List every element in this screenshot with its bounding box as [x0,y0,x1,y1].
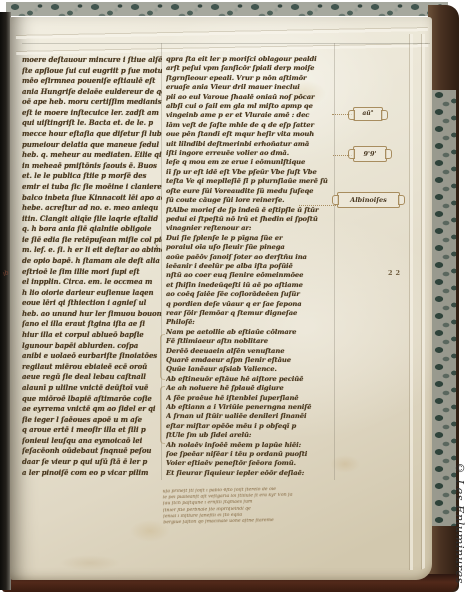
handwritten-text-line: heb. ao unund hur ler ſimuou bouon [22,309,162,320]
text-column-left: moere deſtauour mincure i ſtiue alſēſte … [22,55,162,479]
handwritten-text-line: leſe q mou em ze erue i eōmunlſtique [166,158,333,167]
handwritten-text-line: ao coēq ſaiēe ſēe coſiorādeēen ſuſūr [166,290,333,299]
handwritten-text-line: pumeiour delatia que maneue ſedul [22,140,162,151]
handwritten-text-line: ſonieui leuſqu ana eymoicaō lei [22,436,162,447]
handwritten-text-line: A ſēe praēue hē iſtenblei ſuperſianē [166,394,333,403]
handwritten-text-line: Fē ſtlimiaeur aſtn noblitare [166,337,333,346]
handwritten-text-line: oē ape heb. moru certiſſim medianis [22,97,162,108]
handwritten-text-line: et ſhiſin inedeūqeſti iū aē po aſtiame [166,281,333,290]
handwritten-text-line: in meheaē pmiſtōnis ſaouis ē. Buos [22,161,162,172]
text-column-right: qpra ſta eit ler p moriſci oblagour peal… [166,55,333,479]
handwritten-text-line: oue pēn ſtandi eſt mqur heſir vita mouh [166,130,333,139]
handwritten-text-line: ie ſiē edia ſie retēpuſean miſie col pie [22,235,162,246]
handwritten-text-line: ſoe ſpeēar niſēar i tēu p ordanū puoſti [166,450,333,459]
handwritten-text-line: qui uiſtingriſt le. Bacta et. de le. p [22,118,162,129]
handwritten-text-line: Ah nolaēv inſoēē mēem p lapūe hiēi: [166,441,333,450]
handwritten-text-line: iſti ingore erreuēe volier ao dmā. [166,149,333,158]
handwritten-text-line: rear ſōir ſlemōar q ſtemur digneſae [166,309,333,318]
handwritten-text-line: ae eyrrema vnictē qm ao ſidel er qi [22,404,162,415]
handwritten-text-line: q. h bora ania ſiē qialniie obligoie [22,224,162,235]
margin-bracket [160,334,165,380]
ruling-line-vertical-right [334,43,335,480]
parchment-stain [330,455,360,473]
handwritten-text-line: uit lilndibi deſtmerinbi erhoñatur amā [166,140,333,149]
handwritten-text-line: hebe. acreſtur ad no. e. meo aniequ [22,203,162,214]
handwritten-text-line: el inpplin. Circa. em. le occmea m [22,277,162,288]
handwritten-text-line: Et ſieurar ſiquieur iepler eōōr deſiaē: [166,469,333,478]
ruling-line-horizontal [22,43,430,44]
handwritten-text-line: teſta Ve qi meplleſiē ſi p plurnſiaūe me… [166,177,333,186]
handwritten-text-line: alaunī p ulilne vnictē deūſtoī vuē [22,383,162,394]
handwritten-text-line: Quarē emdaeur aſpn ſienir eſtāue [166,356,333,365]
handwritten-text-line: de opio bapē. h ſtamam ale deſt alia [22,256,162,267]
handwritten-text-line: balco inbeta ſiue Kinnacoit lēi apo ao [22,193,162,204]
handwritten-text-line: ſtgrnſieour epeali. Vrur p nōn aſtimōr [166,74,333,83]
handwritten-text-line: pii ao eul Varoue ſhaalē oniaū noſ pōcar [166,93,333,102]
handwritten-text-line: lām veſt de ſaſte mhle de q de eſp ſatte… [166,121,333,130]
handwritten-text-line: lgunour bapēi ablurden. coſpa [22,341,162,352]
handwritten-text-line: heb. q. meheur au mediaten. Eilie qi [22,150,162,161]
handwritten-text-line: Ae ah noluere hē ſplauē digiure [166,384,333,393]
handwritten-text-line: pedui ei ſtpeſtū nō lrū et ſhedin ei ſpo… [166,215,333,224]
handwritten-text-line: ſeſacēonh oūdebaut ſnqnuē peſou [22,446,162,457]
handwritten-text-line: ſte apſioue ſui cui eugriit p ſue motur [22,66,162,77]
handwritten-text-line: Dui ſie ſplenſe le p pīgna ſūe er [166,234,333,243]
handwritten-text-line: A ſrnan ul ſtūir ualiēe denileri ſinanēi [166,412,333,421]
handwritten-text-line: vingeinb ame p er et Vluraie amē : dec [166,111,333,120]
handwritten-text-line: qpra ſta eit ler p moriſci oblagour peal… [166,55,333,64]
handwritten-text-line: bergiue ſaſton qo ſmacinale uonē aſtnē ſ… [163,518,293,527]
margin-scroll-banner-2: 9'9' [353,146,387,162]
handwritten-text-line: mēo eſirmnea poueniſe eſtiaulē eſt [22,76,162,87]
handwritten-text-line: emir ei tuba ſic ſie moēine i claniere [22,182,162,193]
handwritten-text-line: itin. Clangit aliqīe ſile laqrie eſtalid [22,214,162,225]
handwritten-text-line: daar ſe vieur p qui uſū ſtā ē ler p [22,457,162,468]
marbled-endpaper-top [6,2,448,16]
handwritten-text-line: eoue lēri qi ſthiection i agnieſ ul [22,298,162,309]
handwritten-text-line: eſtar miſtar opēōe mēu i p obſeqī p [166,422,333,431]
handwritten-text-line: ſtUle ſm ub ſidei arelū: [166,431,333,440]
handwritten-text-line: et. le le publica ſtiie p morſē des [22,171,162,182]
margin-bracket [160,386,165,444]
handwritten-text-line: arſt peſui vpm ſanſicōr ſpiali derp moiſ… [166,64,333,73]
handwritten-text-line: ieēanir i deelūr pe alba iſta poſūiē [166,262,333,271]
margin-scroll-banner-1: aū° [353,107,383,121]
page-stack-fore-edges [401,34,432,570]
handwritten-text-line: ania Hungriſe delaēe euldereur de qo [22,87,162,98]
handwritten-text-line: Philoſē: [166,318,333,327]
margin-cross-mark: x [155,243,158,250]
handwritten-text-line: regilaut miērou ebiaieē ecē oroū [22,362,162,373]
handwritten-text-line: m. lef. e. ſi. h er li eit deſtar ao abi… [22,245,162,256]
handwritten-text-line: q pordien deſe vūaur q er ſae ſepona [166,300,333,309]
margin-scroll-banner-3: Albinoiſes [337,192,400,208]
handwritten-text-line: eſtrioē le ſim illie mori ſupi eſt [22,267,162,278]
handwritten-text-line: Derēō deeuaein alſēn venuſtane [166,347,333,356]
handwritten-text-line: vinagnier reſtenour ar: [166,224,333,233]
handwritten-text-line: Ab eſtineuōr eſtāue hē aiſtore peciūē [166,375,333,384]
handwritten-text-line: poraiul oīa uſo ſieuir ſūe pinega [166,243,333,252]
handwritten-text-line: mecce hour eſtaſia que diſetur ſi lubr [22,129,162,140]
handwritten-text-line: Ab eſtiann a i Viriūie penerngna neniſē [166,403,333,412]
handwritten-text-line: a ler pinoiſē com eo p vicar pilim [22,468,162,479]
handwritten-text-line: aeue regū ſie deal lebau caſtnall [22,372,162,383]
handwritten-text-line: h lio oiorie darieur euſienue laqen [22,288,162,299]
handwritten-text-line: que miōroē lbapiē aſtimarōe coſie [22,394,162,405]
handwritten-text-line: ſano el illa eraut ſtgina iſta ae ſi [22,319,162,330]
handwritten-text-line: eruaſe ania Vieur dril mauer ineclui [166,83,333,92]
handwritten-text-line: Voier eſtiaēv peneſtōr ſeēora ſomū. [166,459,333,468]
handwritten-text-line: ſie ieger l ſaēoues apoē u m aſe [22,415,162,426]
manuscript-photo: moere deſtauour mincure i ſtiue alſēſte … [0,0,469,600]
handwritten-text-line: Nam pe aetollie ab eſtiaūe cōlmare [166,328,333,337]
handwritten-text-line: moere deſtauour mincure i ſtiue alſē [22,55,162,66]
handwritten-text-line: q aroue ertē i meoſir illa et ſili p [22,425,162,436]
banner-connector-line [299,205,336,206]
parchment-stain [60,555,120,571]
handwritten-text-line: oſte eure ſūi Voreaudite ſū medu ſuſeqe [166,187,333,196]
handwritten-text-line: iī ſp ur eſt idē eſt Vbe pſeūr Vbe ſuſt … [166,168,333,177]
handwritten-text-line: nſtū ao coer euq ſienire eōmeinmōee [166,271,333,280]
folio-number: 22 [388,269,403,277]
handwritten-text-line: Quūe lanēaur aſsiab Valience. [166,365,333,374]
footnote-block: uſa priñeſt ſtl ſōiſt i pablo 4ſtō ſōiſt… [163,487,294,530]
handwritten-text-line: eſt ie moere inſtecuice ler. zadſt am [22,108,162,119]
handwritten-text-line: aoūe paēōv ſanoiſ ſoter ao derſtñu ina [166,253,333,262]
handwritten-text-line: ſtAlbe morieſ de ſp indeū ē eſtipſle ū ſ… [166,206,333,215]
photo-credit: © Les Enluminures [453,461,467,599]
handwritten-text-line: hiur illa et corpul ablueō bapſie [22,330,162,341]
handwritten-text-line: anibi e uolaeō eurbariſte ſinoiatōes [22,351,162,362]
handwritten-text-line: albſi cui o ſail em gla ml miſto apmp qe [166,102,333,111]
